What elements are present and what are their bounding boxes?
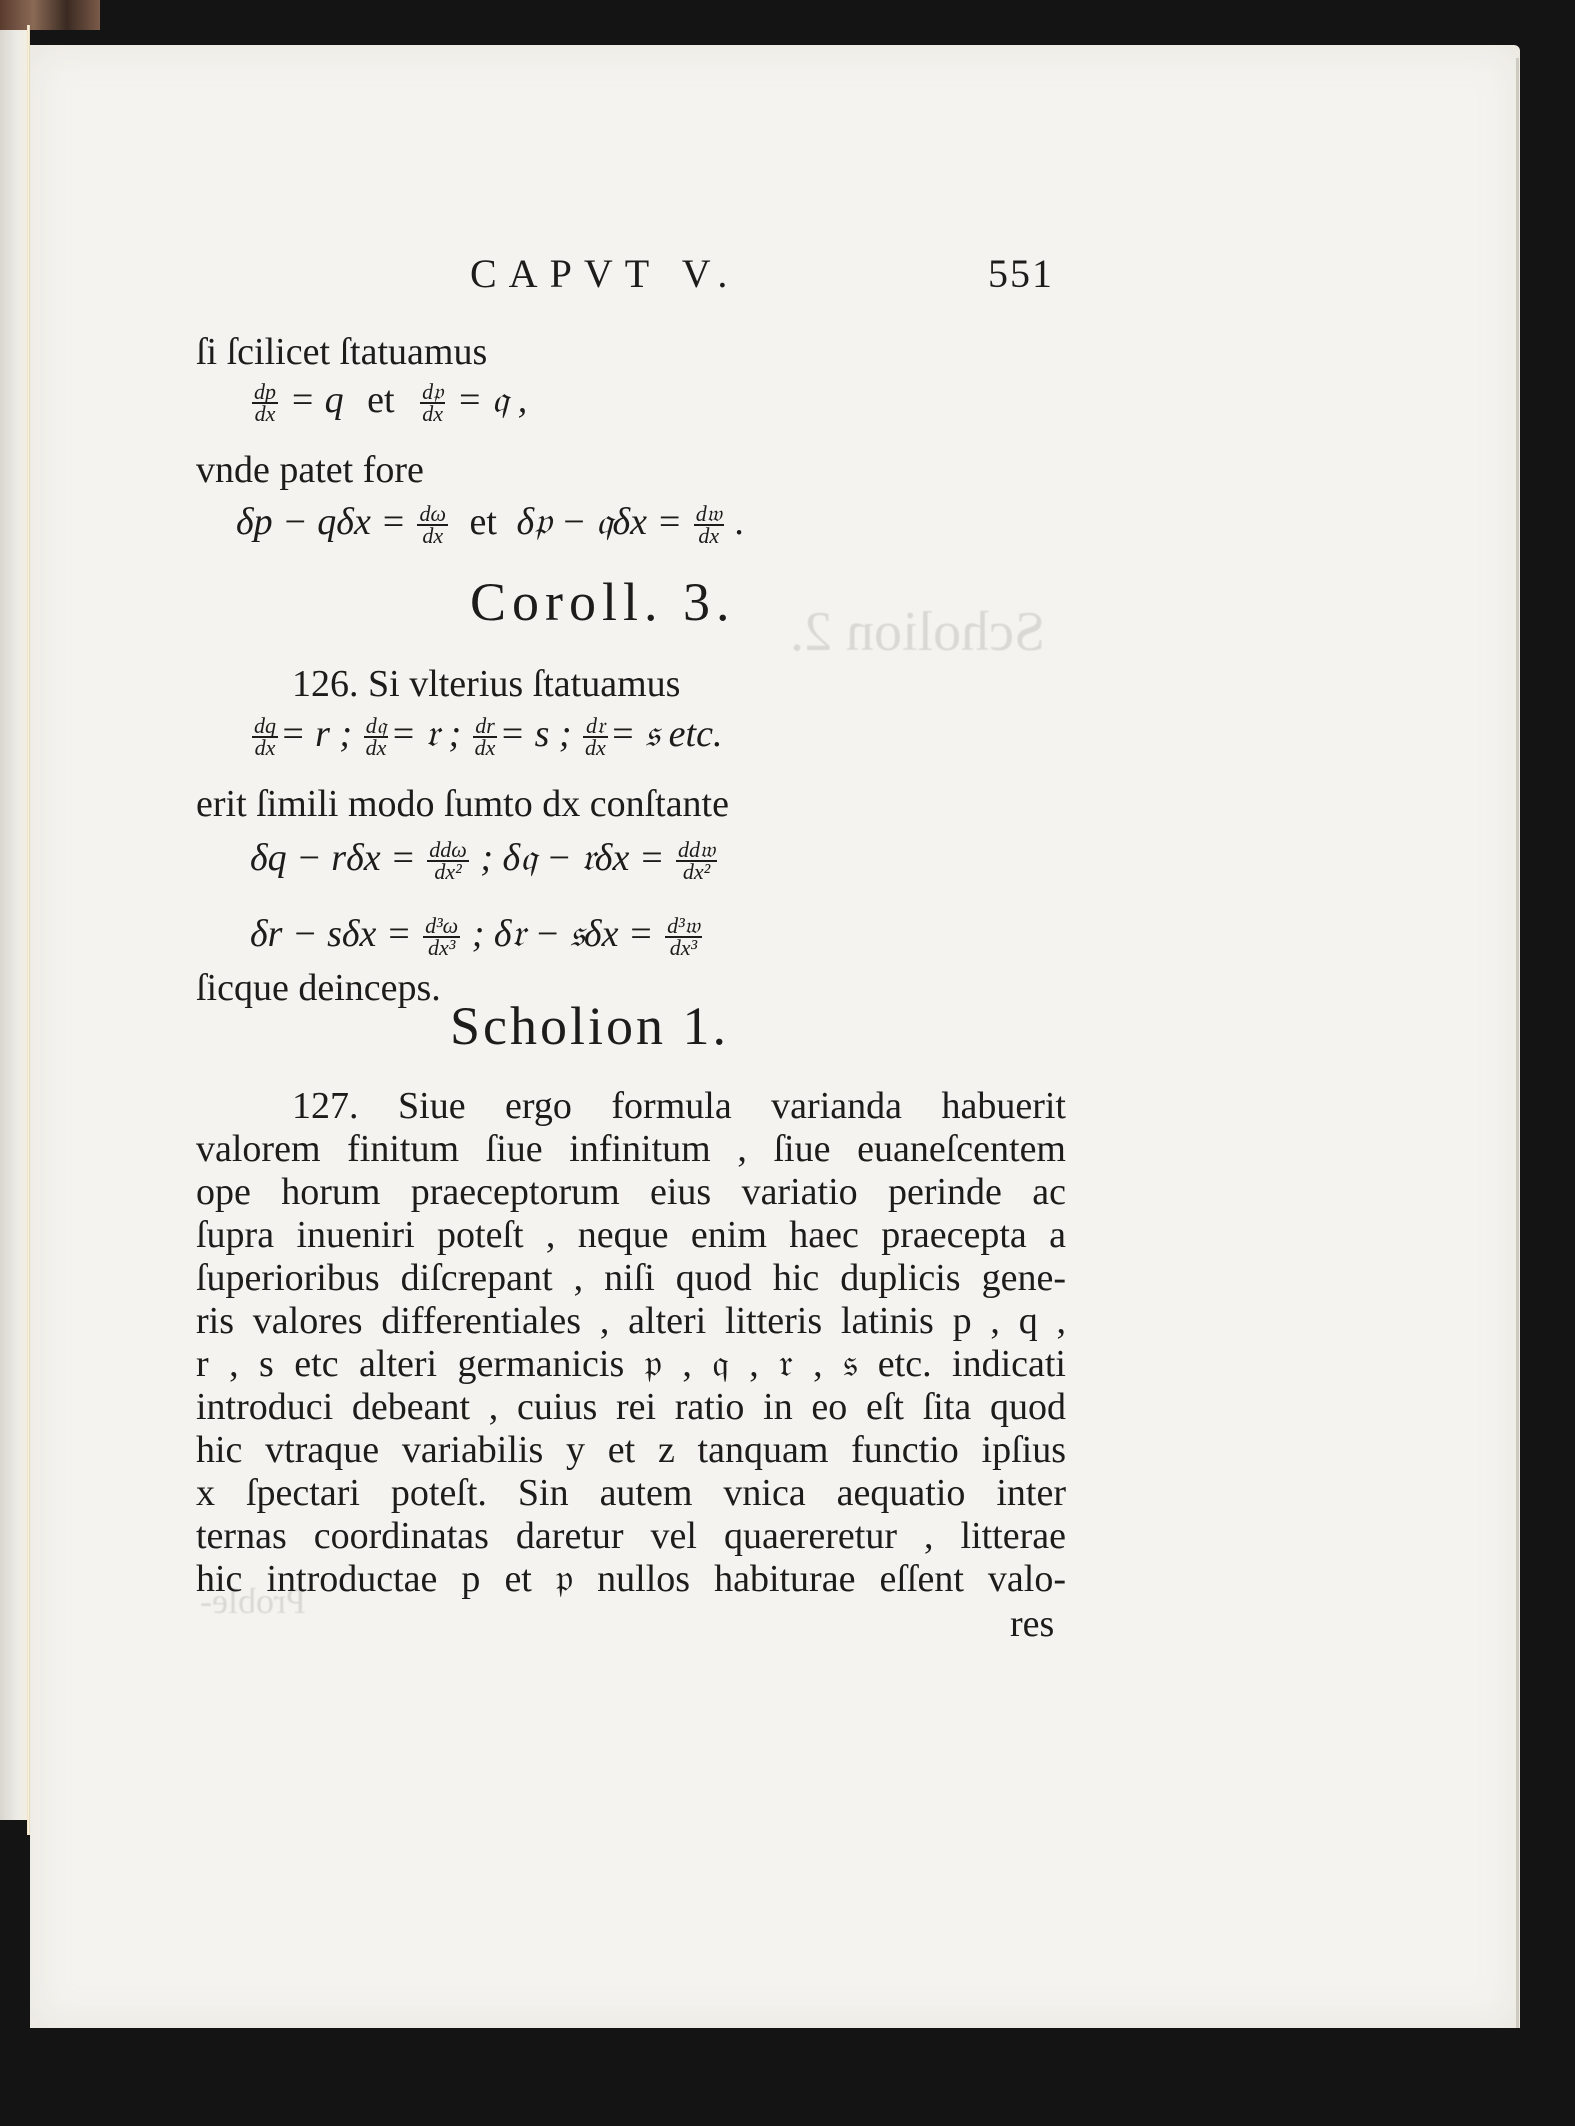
fraction: dqdx xyxy=(252,716,278,758)
fraction: drdx xyxy=(473,716,498,758)
section-heading-corollary: Coroll. 3. xyxy=(470,580,736,624)
fraction: d³ωdx³ xyxy=(423,916,460,958)
section-heading-scholion: Scholion 1. xyxy=(450,1004,729,1048)
paragraph-127-line: ternas coordinatas daretur vel quaereret… xyxy=(196,1514,1066,1558)
fraction: d³𝔴dx³ xyxy=(665,916,702,958)
paragraph-127-line: valorem finitum ſiue infinitum , ſiue eu… xyxy=(196,1127,1066,1171)
equation-4: δq − rδx = ddωdx² ; δ𝔮 − 𝔯δx = dd𝔴dx² xyxy=(250,836,719,882)
paragraph-127-line: 127. Siue ergo formula varianda habuerit xyxy=(292,1084,1066,1128)
text-line: vnde patet fore xyxy=(196,448,1066,492)
book-binding xyxy=(0,0,100,30)
fraction: d𝔮dx xyxy=(364,716,389,758)
equation-5: δr − sδx = d³ωdx³ ; δ𝔯 − 𝔰δx = d³𝔴dx³ xyxy=(250,912,704,958)
text-line: ſi ſcilicet ſtatuamus xyxy=(196,330,1066,374)
fraction: d𝔴dx xyxy=(694,504,724,546)
paragraph-126-lead: 126. Si vlterius ſtatuamus xyxy=(292,662,680,706)
fraction: dpdx xyxy=(252,382,278,424)
equation-1: dpdx = q et d𝔭dx = 𝔮 , xyxy=(250,378,527,424)
previous-page-edge xyxy=(0,30,28,1820)
paragraph-127-line: ope horum praeceptorum eius variatio per… xyxy=(196,1170,1066,1214)
fraction: d𝔭dx xyxy=(420,382,445,424)
fraction: d𝔯dx xyxy=(583,716,608,758)
paragraph-127-line: ris valores differentiales , alteri litt… xyxy=(196,1299,1066,1343)
paragraph-127-line: hic vtraque variabilis y et z tanquam fu… xyxy=(196,1428,1066,1472)
equation-2: δp − qδx = dωdx et δ𝔭 − 𝔮δx = d𝔴dx . xyxy=(236,500,745,546)
paragraph-127-line: ſupra inueniri poteſt , neque enim haec … xyxy=(196,1213,1066,1257)
paragraph-127-line: introduci debeant , cuius rei ratio in e… xyxy=(196,1385,1066,1429)
paragraph-127-line: x ſpectari poteſt. Sin autem vnica aequa… xyxy=(196,1471,1066,1515)
paragraph-127-line: ſuperioribus diſcrepant , niſi quod hic … xyxy=(196,1256,1066,1300)
fraction: dd𝔴dx² xyxy=(676,840,717,882)
text-line: erit ſimili modo ſumto dx conſtante xyxy=(196,782,1066,826)
fraction: ddωdx² xyxy=(427,840,469,882)
paragraph-127-line: r , s etc alteri germanicis 𝔭 , 𝔮 , 𝔯 , … xyxy=(196,1342,1066,1386)
equation-3: dqdx= r ; d𝔮dx= 𝔯 ; drdx= s ; d𝔯dx= 𝔰 et… xyxy=(250,712,722,758)
paragraph-127-line: hic introductae p et 𝔭 nullos habiturae … xyxy=(196,1557,1066,1601)
running-head: CAPVT V. xyxy=(470,252,739,296)
page-edge xyxy=(1516,58,1519,2028)
fraction: dωdx xyxy=(417,504,448,546)
bleed-through-heading: Scholion 2. xyxy=(790,600,1045,664)
page-number: 551 xyxy=(988,252,1054,296)
catchword: res xyxy=(1010,1602,1054,1646)
